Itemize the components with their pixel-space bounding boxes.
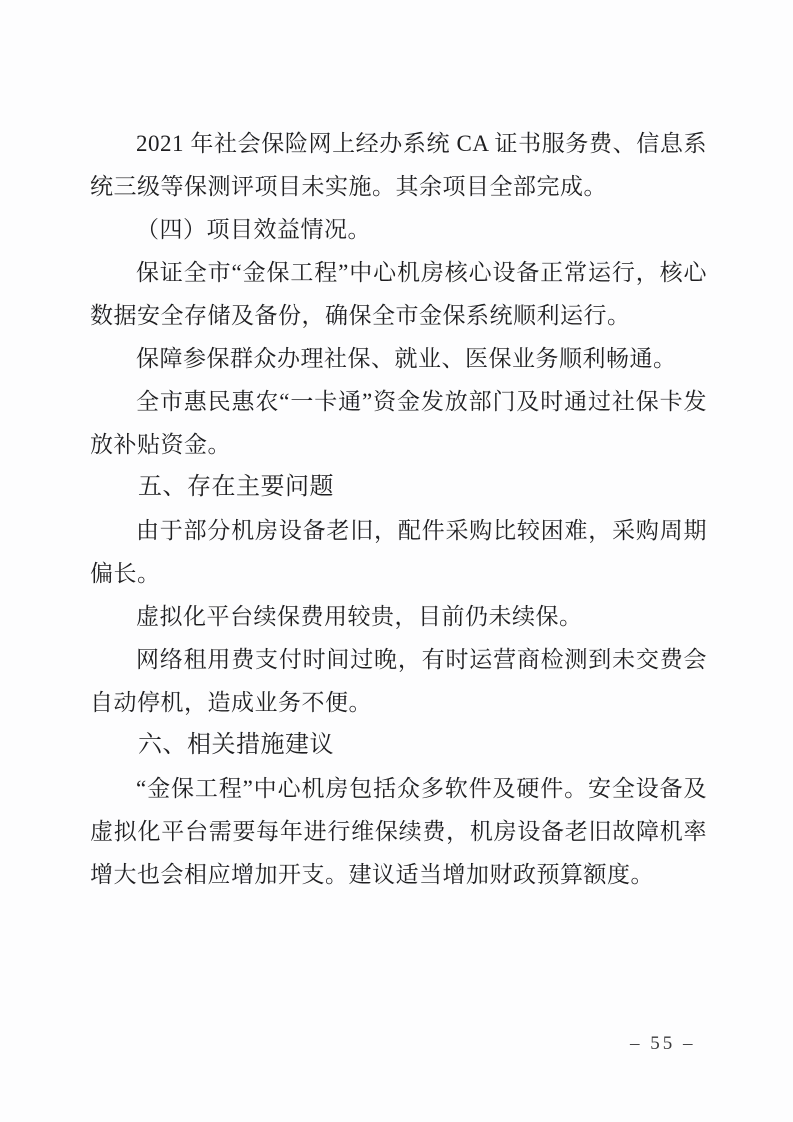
paragraph-service-guarantee: 保障参保群众办理社保、就业、医保业务顺利畅通。 — [90, 337, 707, 380]
paragraph-aging-equipment: 由于部分机房设备老旧，配件采购比较困难，采购周期偏长。 — [90, 509, 707, 595]
page-number: – 55 – — [630, 1033, 740, 1055]
paragraph-budget-suggestion: “金保工程”中心机房包括众多软件及硬件。安全设备及虚拟化平台需要每年进行维保续费… — [90, 767, 707, 896]
section-heading-5-main-problems: 五、存在主要问题 — [90, 466, 707, 509]
paragraph-network-rental-fee: 网络租用费支付时间过晚，有时运营商检测到未交费会自动停机，造成业务不便。 — [90, 638, 707, 724]
section-heading-4-project-benefits: （四）项目效益情况。 — [90, 208, 707, 251]
paragraph-unimplemented-items: 2021 年社会保险网上经办系统 CA 证书服务费、信息系统三级等保测评项目未实… — [90, 122, 707, 208]
section-heading-6-suggestions: 六、相关措施建议 — [90, 724, 707, 767]
document-body: 2021 年社会保险网上经办系统 CA 证书服务费、信息系统三级等保测评项目未实… — [90, 122, 707, 896]
paragraph-subsidy-distribution: 全市惠民惠农“一卡通”资金发放部门及时通过社保卡发放补贴资金。 — [90, 380, 707, 466]
paragraph-virtualization-renewal: 虚拟化平台续保费用较贵，目前仍未续保。 — [90, 595, 707, 638]
paragraph-core-equipment-operation: 保证全市“金保工程”中心机房核心设备正常运行，核心数据安全存储及备份，确保全市金… — [90, 251, 707, 337]
document-page: 2021 年社会保险网上经办系统 CA 证书服务费、信息系统三级等保测评项目未实… — [0, 0, 793, 1122]
